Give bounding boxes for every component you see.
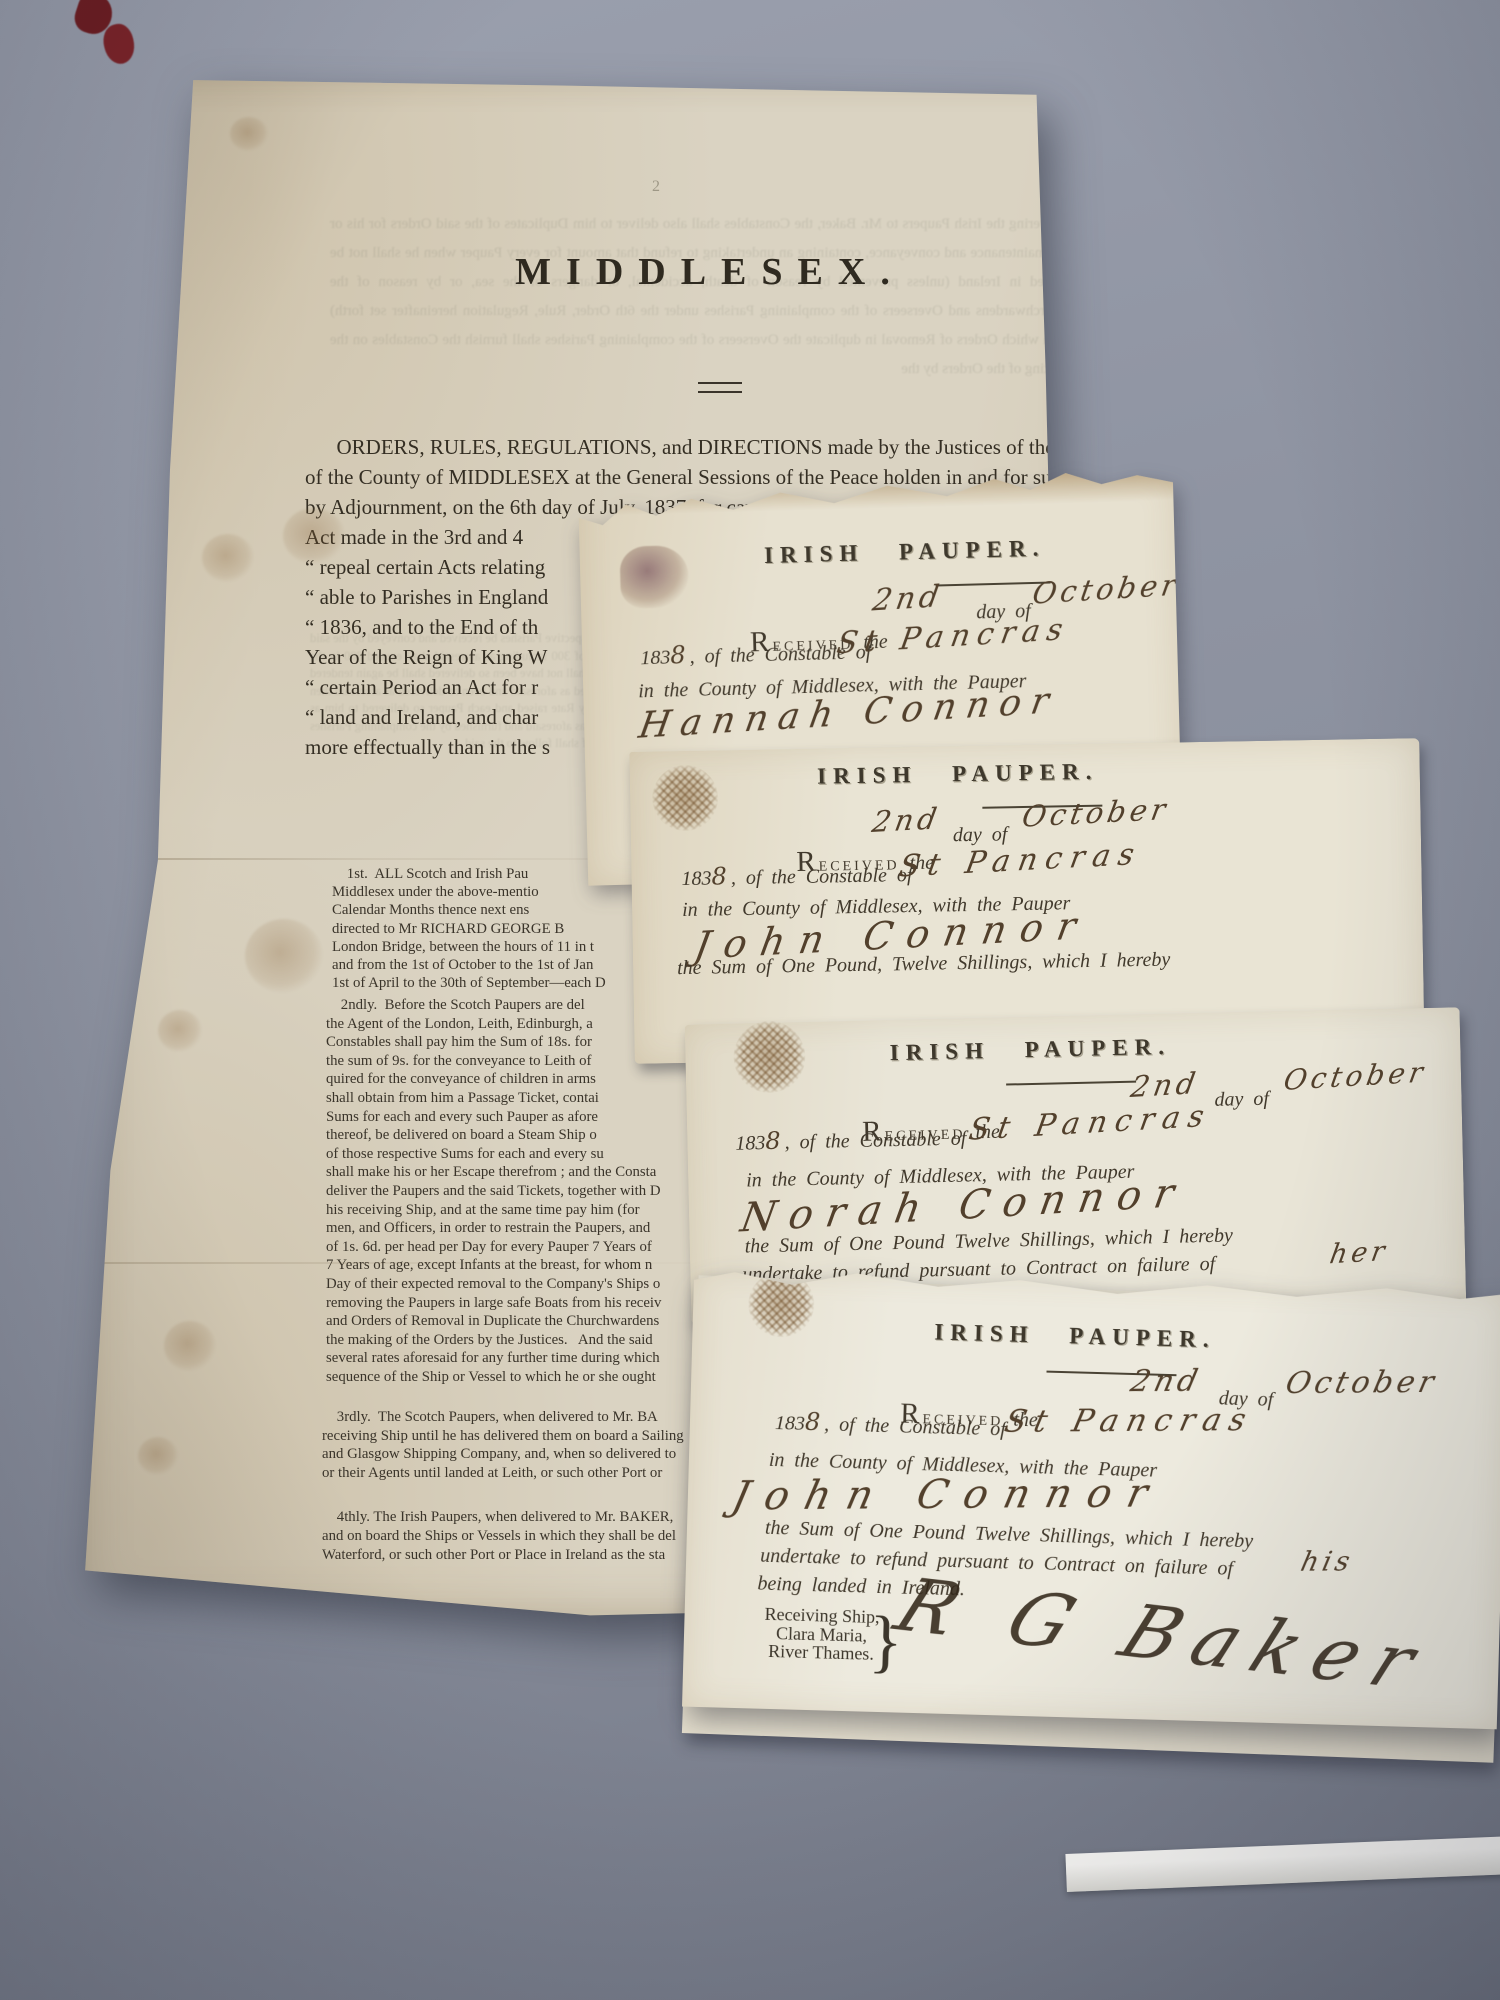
- photograph-of-documents: delivering the Irish Paupers to Mr. Bake…: [0, 0, 1500, 2000]
- document-title: MIDDLESEX.: [430, 250, 990, 294]
- year-constable-line: 1838, of the Constable of: [735, 1122, 967, 1155]
- handwritten-pauper-name: John Connor: [728, 1470, 1168, 1519]
- text-line: and from the 1st of October to the 1st o…: [332, 956, 606, 974]
- title-rule: [698, 382, 742, 393]
- stain: [158, 1010, 202, 1052]
- text-line: and Orders of Removal in Duplicate the C…: [326, 1312, 661, 1331]
- text-line: 7 Years of age, except Infants at the br…: [326, 1256, 661, 1275]
- text-line: and Glasgow Shipping Company, and, when …: [322, 1445, 684, 1464]
- handwritten-month: October: [1281, 1055, 1429, 1097]
- handwritten-day: 2nd: [870, 801, 944, 839]
- handwritten-year-digit: 8: [805, 1408, 825, 1437]
- text-line: men, and Officers, in order to restrain …: [326, 1219, 661, 1238]
- text-line: directed to Mr RICHARD GEORGE B: [332, 920, 606, 938]
- handwritten-pronoun: her: [1327, 1236, 1391, 1271]
- text-line: 4thly. The Irish Paupers, when delivered…: [322, 1508, 676, 1527]
- paragraph-1st: 1st. ALL Scotch and Irish PauMiddlesex u…: [332, 865, 606, 992]
- wax-seal-mark: [652, 764, 719, 831]
- handwritten-month: October: [1030, 567, 1182, 610]
- receiving-ship-block: Receiving Ship,Clara Maria,River Thames.: [763, 1605, 880, 1664]
- header-rule: [1006, 1081, 1136, 1086]
- text-line: the Agent of the London, Leith, Edinburg…: [326, 1015, 661, 1034]
- day-of-text: day of: [1214, 1088, 1269, 1112]
- handwritten-day: 2nd: [870, 579, 945, 619]
- handwritten-month: October: [1282, 1365, 1441, 1401]
- slip-title: IRISH PAUPER.: [744, 535, 1065, 569]
- text-line: the making of the Orders by the Justices…: [326, 1331, 661, 1350]
- text-line: several rates aforesaid for any further …: [326, 1349, 661, 1368]
- ink-blot: [619, 545, 689, 609]
- handwritten-parish: St Pancras: [966, 1098, 1214, 1147]
- text-line: shall make his or her Escape therefrom ;…: [326, 1163, 661, 1182]
- slip-title: IRISH PAUPER.: [907, 1319, 1243, 1354]
- slip-title: IRISH PAUPER.: [798, 758, 1118, 790]
- text-line: 3rdly. The Scotch Paupers, when delivere…: [322, 1408, 684, 1427]
- handwritten-year-digit: 8: [670, 641, 690, 669]
- text-line: 2ndly. Before the Scotch Paupers are del: [326, 996, 661, 1015]
- text-line: receiving Ship until he has delivered th…: [322, 1427, 684, 1446]
- handwritten-day: 2nd: [1128, 1066, 1201, 1104]
- page-number: 2: [652, 178, 660, 196]
- stain: [164, 1321, 216, 1371]
- text-line: 1st. ALL Scotch and Irish Pau: [332, 865, 606, 883]
- stain: [202, 534, 254, 582]
- text-line: London Bridge, between the hours of 11 i…: [332, 938, 606, 956]
- text-line: and on board the Ships or Vessels in whi…: [322, 1527, 676, 1546]
- stain: [245, 919, 323, 993]
- handwritten-parish: St Pancras: [1001, 1402, 1257, 1440]
- text-line: of 1s. 6d. per head per Day for every Pa…: [326, 1238, 661, 1257]
- handwritten-year-digit: 8: [765, 1127, 785, 1155]
- text-line: ORDERS, RULES, REGULATIONS, and DIRECTIO…: [305, 432, 1142, 462]
- text-line: Constables shall pay him the Sum of 18s.…: [326, 1033, 661, 1052]
- handwritten-year-digit: 8: [711, 862, 731, 890]
- paragraph-3rdly: 3rdly. The Scotch Paupers, when delivere…: [322, 1408, 684, 1482]
- text-line: the sum of 9s. for the conveyance to Lei…: [326, 1052, 661, 1071]
- receipt-slip-4: IRISH PAUPER. Received the 2nd day of Oc…: [682, 1267, 1500, 1730]
- baker-signature: R G Baker: [884, 1563, 1443, 1706]
- text-line: of those respective Sums for each and ev…: [326, 1145, 661, 1164]
- slip-title: IRISH PAUPER.: [865, 1033, 1196, 1066]
- paper-corner-sliver: [1065, 1836, 1500, 1892]
- year-constable-line: 1838, of the Constable of: [681, 859, 912, 891]
- text-line: or their Agents until landed at Leith, o…: [322, 1464, 684, 1483]
- paragraph-2ndly: 2ndly. Before the Scotch Paupers are del…: [326, 996, 661, 1386]
- text-line: 1st of April to the 30th of September—ea…: [332, 974, 606, 992]
- handwritten-month: October: [1020, 792, 1173, 834]
- stain: [230, 117, 268, 151]
- text-line: Calendar Months thence next ens: [332, 901, 606, 919]
- text-line: deliver the Paupers and the said Tickets…: [326, 1182, 661, 1201]
- text-line: removing the Paupers in large safe Boats…: [326, 1294, 661, 1313]
- text-line: Sums for each and every such Pauper as a…: [326, 1108, 661, 1127]
- handwritten-pronoun: his: [1298, 1546, 1357, 1577]
- text-line: his receiving Ship, and at the same time…: [326, 1201, 661, 1220]
- handwritten-day: 2nd: [1127, 1364, 1204, 1400]
- text-line: sequence of the Ship or Vessel to which …: [326, 1368, 661, 1387]
- text-line: Day of their expected removal to the Com…: [326, 1275, 661, 1294]
- year-constable-line: 1838, of the Constable of: [775, 1407, 1007, 1441]
- wax-seal-mark: [733, 1020, 807, 1094]
- paragraph-4thly: 4thly. The Irish Paupers, when delivered…: [322, 1508, 676, 1565]
- text-line: Waterford, or such other Port or Place i…: [322, 1546, 676, 1565]
- text-line: River Thames.: [763, 1642, 878, 1664]
- wax-seal-mark: [747, 1270, 815, 1338]
- stain: [138, 1437, 178, 1475]
- text-line: thereof, be delivered on board a Steam S…: [326, 1126, 661, 1145]
- text-line: shall obtain from him a Passage Ticket, …: [326, 1089, 661, 1108]
- slip-paper: IRISH PAUPER. Received the 2nd day of Oc…: [682, 1267, 1500, 1730]
- text-line: quired for the conveyance of children in…: [326, 1070, 661, 1089]
- text-line: Middlesex under the above-mentio: [332, 883, 606, 901]
